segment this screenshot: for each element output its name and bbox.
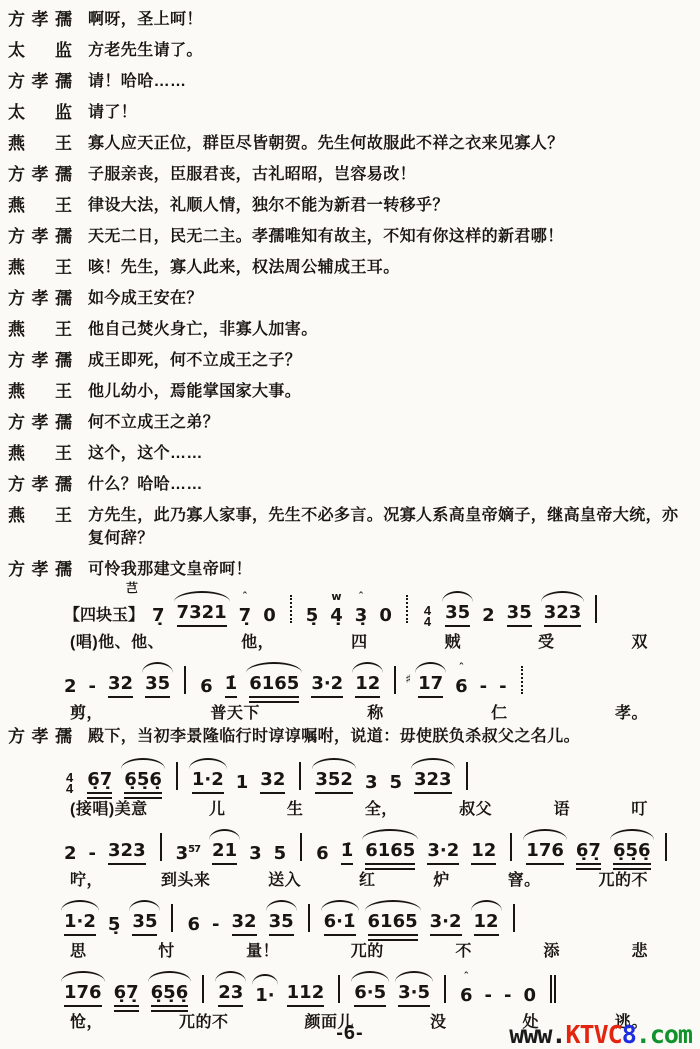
role-char: 孺 (55, 349, 72, 372)
watermark-part: 8 (622, 1020, 636, 1049)
role-char: 方 (8, 70, 25, 93)
lyric-syllable: 剪， (70, 700, 103, 723)
barline (394, 666, 396, 694)
note: 0 (379, 605, 392, 627)
note: 0 (263, 605, 276, 627)
dialogue-text: 何不立成王之弟？ (88, 411, 690, 434)
note: 6·5 (354, 982, 386, 1007)
note: 3·2 (311, 673, 343, 698)
role-char: 燕 (8, 132, 25, 155)
notation-row: 2-323357213561̇61653·2121766̣7̣6̣5̣6̣ (58, 829, 690, 865)
role-char: 孝 (32, 225, 49, 248)
note: 2 (482, 605, 495, 627)
note: 12 (474, 911, 499, 936)
barline (202, 975, 204, 1003)
dialogue-row: 方孝孺何不立成王之弟？ (8, 411, 690, 434)
note: 7321 (177, 602, 227, 627)
dialogue-text: 方老先生请了。 (88, 39, 690, 62)
role-char: 孝 (32, 725, 49, 748)
role-char: 孺 (55, 287, 72, 310)
qupai-label: 【四块玉】 (64, 605, 144, 627)
role-name: 太监 (8, 101, 72, 124)
role-name: 方孝孺 (8, 558, 72, 581)
role-char: 燕 (8, 380, 25, 403)
role-char: 太 (8, 39, 25, 62)
music-line: 2-323357213561̇61653·2121766̣7̣6̣5̣6̣咛，到… (8, 829, 690, 890)
dialogue-text: 子服亲丧，臣服君丧，古礼昭昭，岂容易改！ (88, 163, 690, 186)
lyric-syllable: (接唱)美意 (70, 796, 148, 819)
note: 12 (355, 673, 380, 698)
role-char: 王 (55, 132, 72, 155)
music-line: 2-323561̇61653·212♯176--剪，普天下称仁孝。 (8, 662, 690, 723)
role-char: 孺 (55, 225, 72, 248)
notation-row: 1·25̣356-32356·1̇61653·212 (58, 900, 690, 936)
role-char: 燕 (8, 442, 25, 465)
role-char: 孝 (32, 473, 49, 496)
page-number: -6- (336, 1022, 363, 1045)
role-char: 王 (55, 380, 72, 403)
note: 35 (145, 673, 170, 698)
note: 6 (460, 985, 473, 1007)
note: 1̇ (341, 840, 354, 865)
lyric-syllable: 没 (430, 1009, 447, 1032)
role-name: 燕王 (8, 442, 72, 465)
note: 5̣ (306, 605, 319, 627)
lyrics-row: 思忖量！兀的不添悲 (58, 936, 690, 961)
lyric-syllable: 忖 (158, 938, 175, 961)
note: 3 (365, 772, 378, 794)
role-char: 孝 (32, 163, 49, 186)
lyric-syllable: 兀的不 (598, 867, 648, 890)
dialogue-text: 方先生，此乃寡人家事，先生不必多言。况寡人系高皇帝嫡子，继高皇帝大统，亦复何辞？ (88, 504, 690, 550)
role-char: 孝 (32, 287, 49, 310)
role-char: 孺 (55, 411, 72, 434)
dialogue-row: 燕王他自己焚火身亡，非寡人加害。 (8, 318, 690, 341)
dialogue-text: 请！哈哈…… (88, 70, 690, 93)
role-char: 孝 (32, 411, 49, 434)
note: 4̣ (330, 605, 343, 627)
sharp-sign: ♯ (405, 668, 411, 690)
dialogue-row: 方孝孺啊呀，圣上呵！ (8, 8, 690, 31)
note: 35 (445, 602, 470, 627)
dialogue-row: 方孝孺天无二日，民无二主。孝孺唯知有故主，不知有你这样的新君哪！ (8, 225, 690, 248)
lyric-syllable: 称 (367, 700, 384, 723)
grace-notes: 57 (188, 844, 200, 855)
watermark: www.KTVC8.com (509, 1022, 692, 1047)
note: 17 (418, 673, 443, 698)
role-char: 方 (8, 558, 25, 581)
lyric-syllable: 兀的不 (179, 1009, 229, 1032)
role-name: 方孝孺 (8, 725, 72, 748)
barline (160, 833, 162, 861)
time-signature: 44 (66, 772, 73, 794)
role-name: 方孝孺 (8, 411, 72, 434)
lyrics-row: 剪，普天下称仁孝。 (58, 698, 690, 723)
lyric-syllable: 全， (365, 796, 398, 819)
lyric-syllable: 普天下 (210, 700, 260, 723)
barline (513, 904, 515, 932)
dialogue-text: 他儿幼小，焉能掌国家大事。 (88, 380, 690, 403)
note: 32 (108, 673, 133, 698)
role-char: 孺 (55, 8, 72, 31)
note: 6165 (368, 911, 418, 936)
role-char: 方 (8, 8, 25, 31)
role-char: 燕 (8, 194, 25, 217)
role-name: 燕王 (8, 256, 72, 279)
notation-row: 446̣7̣6̣5̣6̣1·213235235323 (58, 758, 690, 794)
note: 12 (471, 840, 496, 865)
barline (176, 762, 178, 790)
note: 176 (526, 840, 564, 865)
lyric-syllable: 不 (455, 938, 472, 961)
note: 6̣5̣6̣ (151, 982, 189, 1007)
note: 6165 (249, 673, 299, 698)
lyric-syllable: 红 (359, 867, 376, 890)
note: - (499, 676, 506, 698)
dialogue-text: 咳！先生，寡人此来，权法周公辅成王耳。 (88, 256, 690, 279)
note: - (89, 843, 96, 865)
barline (466, 762, 468, 790)
lyric-syllable: 到头来 (161, 867, 211, 890)
role-name: 方孝孺 (8, 349, 72, 372)
dialogue-row: 方孝孺殿下，当初李景隆临行时谆谆嘱咐，说道：毋使朕负杀叔父之名儿。 (8, 725, 690, 748)
note: 35 (132, 911, 157, 936)
role-char: 孺 (55, 70, 72, 93)
lyric-syllable: 窨。 (508, 867, 541, 890)
role-char: 孝 (32, 70, 49, 93)
role-char: 方 (8, 349, 25, 372)
notation-row: 1766̣7̣6̣5̣6̣231·1126·53·56--0 (58, 971, 690, 1007)
role-char: 太 (8, 101, 25, 124)
score-annotation: 芑 (126, 579, 138, 596)
role-name: 燕王 (8, 194, 72, 217)
lyric-syllable: 怆， (70, 1009, 103, 1032)
role-char: 方 (8, 725, 25, 748)
scanned-script-page: 方孝孺啊呀，圣上呵！太监方老先生请了。方孝孺请！哈哈……太监请了！燕王寡人应天正… (0, 0, 700, 1049)
dialogue-text: 这个，这个…… (88, 442, 690, 465)
note: 6̣7̣ (576, 840, 601, 865)
dashed-barline (406, 595, 408, 623)
dashed-barline (521, 666, 523, 694)
lyrics-row: (唱)他、他、他，四贼受双 (58, 627, 690, 652)
lyric-syllable: 双 (631, 629, 648, 652)
lyric-syllable: 语 (554, 796, 571, 819)
note: 0 (524, 985, 537, 1007)
lyric-syllable: 思 (70, 938, 87, 961)
barline (444, 975, 446, 1003)
note: 6165 (365, 840, 415, 865)
barline (595, 595, 597, 623)
dialogue-row: 方孝孺如今成王安在？ (8, 287, 690, 310)
barline (300, 833, 302, 861)
barline (510, 833, 512, 861)
lyric-syllable: 儿 (209, 796, 226, 819)
note: 2 (64, 843, 77, 865)
role-name: 燕王 (8, 504, 72, 550)
dialogue-row: 燕王咳！先生，寡人此来，权法周公辅成王耳。 (8, 256, 690, 279)
note: 23 (218, 982, 243, 1007)
note: 3·2 (430, 911, 462, 936)
role-char: 方 (8, 473, 25, 496)
music-line: 1·25̣356-32356·1̇61653·212思忖量！兀的不添悲 (8, 900, 690, 961)
role-char: 王 (55, 194, 72, 217)
lyric-syllable: 仁 (491, 700, 508, 723)
note: - (480, 676, 487, 698)
dialogue-row: 太监请了！ (8, 101, 690, 124)
lyrics-row: 咛，到头来送入红炉窨。兀的不 (58, 865, 690, 890)
note: 5 (274, 843, 287, 865)
dialogue-text: 啊呀，圣上呵！ (88, 8, 690, 31)
note: 6 (316, 843, 329, 865)
note: 35 (269, 911, 294, 936)
note: 1 (236, 772, 249, 794)
note: 323 (544, 602, 582, 627)
watermark-part: KTVC (566, 1020, 622, 1049)
note: 176 (64, 982, 102, 1007)
note: 35 (507, 602, 532, 627)
lyric-syllable: 受 (538, 629, 555, 652)
note: 6 (200, 676, 213, 698)
barline (184, 666, 186, 694)
role-char: 王 (55, 318, 72, 341)
note: 2 (64, 676, 77, 698)
dialogue-row: 方孝孺请！哈哈…… (8, 70, 690, 93)
dialogue-text: 寡人应天正位，群臣尽皆朝贺。先生何故服此不祥之衣来见寡人？ (88, 132, 690, 155)
note: 1· (255, 985, 274, 1007)
note: 352 (315, 769, 353, 794)
lyric-syllable: 悲 (631, 938, 648, 961)
role-char: 孝 (32, 8, 49, 31)
role-char: 燕 (8, 504, 25, 550)
note: 7̣ (152, 605, 165, 627)
barline (338, 975, 340, 1003)
dialogue-text: 成王即死，何不立成王之子？ (88, 349, 690, 372)
note: 357 (176, 839, 200, 865)
role-char: 燕 (8, 256, 25, 279)
dialogue-row: 燕王这个，这个…… (8, 442, 690, 465)
note: 1·2 (192, 769, 224, 794)
note: 1·2 (64, 911, 96, 936)
time-signature: 44 (424, 605, 431, 627)
time-signature-digit: 4 (424, 616, 431, 627)
dialogue-row: 燕王他儿幼小，焉能掌国家大事。 (8, 380, 690, 403)
lyric-syllable: 他， (241, 629, 274, 652)
note: 21 (212, 840, 237, 865)
lyric-syllable: 叮 (631, 796, 648, 819)
role-char: 王 (55, 504, 72, 550)
role-name: 方孝孺 (8, 287, 72, 310)
note: - (504, 985, 511, 1007)
note: 3·5 (398, 982, 430, 1007)
role-char: 方 (8, 225, 25, 248)
note: 6 (455, 676, 468, 698)
dialogue-row: 方孝孺可怜我那建文皇帝呵！ (8, 558, 690, 581)
role-name: 方孝孺 (8, 473, 72, 496)
dialogue-text: 殿下，当初李景隆临行时谆谆嘱咐，说道：毋使朕负杀叔父之名儿。 (88, 725, 690, 748)
role-char: 监 (55, 101, 72, 124)
role-char: 孝 (32, 558, 49, 581)
role-name: 方孝孺 (8, 163, 72, 186)
role-char: 方 (8, 411, 25, 434)
note: 7̣ (239, 605, 252, 627)
dialogue-text: 律设大法，礼顺人情，独尔不能为新君一转移乎？ (88, 194, 690, 217)
dashed-barline (290, 595, 292, 623)
lyric-syllable: 添 (543, 938, 560, 961)
note: 112 (287, 982, 325, 1007)
role-name: 方孝孺 (8, 8, 72, 31)
role-name: 太监 (8, 39, 72, 62)
role-name: 燕王 (8, 380, 72, 403)
lyric-syllable: 孝。 (615, 700, 648, 723)
time-signature-digit: 4 (66, 783, 73, 794)
lyric-syllable: 炉 (433, 867, 450, 890)
role-char: 方 (8, 163, 25, 186)
lyric-syllable: 咛， (70, 867, 103, 890)
role-char: 孺 (55, 725, 72, 748)
dialogue-row: 燕王方先生，此乃寡人家事，先生不必多言。况寡人系高皇帝嫡子，继高皇帝大统，亦复何… (8, 504, 690, 550)
music-line: 446̣7̣6̣5̣6̣1·213235235323(接唱)美意儿生全，叔父语叮 (8, 758, 690, 819)
dialogue-text: 天无二日，民无二主。孝孺唯知有故主，不知有你这样的新君哪！ (88, 225, 690, 248)
notation-row: 2-323561̇61653·212♯176-- (58, 662, 690, 698)
note: 5 (389, 772, 402, 794)
dialogue-text: 如今成王安在？ (88, 287, 690, 310)
script-content: 方孝孺啊呀，圣上呵！太监方老先生请了。方孝孺请！哈哈……太监请了！燕王寡人应天正… (8, 8, 690, 1032)
dialogue-text: 他自己焚火身亡，非寡人加害。 (88, 318, 690, 341)
lyrics-row: (接唱)美意儿生全，叔父语叮 (58, 794, 690, 819)
lyric-syllable: 生 (287, 796, 304, 819)
note: - (89, 676, 96, 698)
lyric-syllable: 兀的 (351, 938, 384, 961)
note: - (485, 985, 492, 1007)
role-char: 方 (8, 287, 25, 310)
lyric-syllable: 四 (351, 629, 368, 652)
role-char: 王 (55, 256, 72, 279)
role-char: 孺 (55, 558, 72, 581)
lyric-syllable: (唱)他、他、 (70, 629, 164, 652)
barline (665, 833, 667, 861)
note: 6·1̇ (324, 911, 356, 936)
lyric-syllable: 贼 (445, 629, 462, 652)
note: 32 (232, 911, 257, 936)
dialogue-row: 太监方老先生请了。 (8, 39, 690, 62)
note: 3 (249, 843, 262, 865)
barline (171, 904, 173, 932)
role-name: 方孝孺 (8, 70, 72, 93)
note: 32 (260, 769, 285, 794)
barline (299, 762, 301, 790)
note: 6 (187, 914, 200, 936)
note: 323 (414, 769, 452, 794)
dialogue-text: 可怜我那建文皇帝呵！ (88, 558, 690, 581)
lyric-syllable: 量！ (246, 938, 279, 961)
role-name: 燕王 (8, 132, 72, 155)
dialogue-text: 什么？哈哈…… (88, 473, 690, 496)
dialogue-row: 燕王寡人应天正位，群臣尽皆朝贺。先生何故服此不祥之衣来见寡人？ (8, 132, 690, 155)
role-name: 方孝孺 (8, 225, 72, 248)
watermark-part: .com (636, 1020, 692, 1049)
note: 1̇ (225, 673, 238, 698)
note: - (212, 914, 219, 936)
role-char: 孺 (55, 163, 72, 186)
dialogue-text: 请了！ (88, 101, 690, 124)
final-barline (550, 975, 552, 1003)
music-line: 芑【四块玉】7̣73217̣05̣4̣3̣04435235323(唱)他、他、他… (8, 591, 690, 652)
note: 3·2 (427, 840, 459, 865)
note: 323 (108, 840, 146, 865)
note: 6̣5̣6̣ (124, 769, 162, 794)
lyric-syllable: 叔父 (459, 796, 492, 819)
dialogue-row: 方孝孺成王即死，何不立成王之子？ (8, 349, 690, 372)
note: 3̣ (355, 605, 368, 627)
notation-row: 【四块玉】7̣73217̣05̣4̣3̣04435235323 (58, 591, 690, 627)
note: 5̣ (108, 914, 121, 936)
dialogue-row: 方孝孺子服亲丧，臣服君丧，古礼昭昭，岂容易改！ (8, 163, 690, 186)
lyric-syllable: 送入 (268, 867, 301, 890)
role-char: 孝 (32, 349, 49, 372)
role-name: 燕王 (8, 318, 72, 341)
dialogue-row: 燕王律设大法，礼顺人情，独尔不能为新君一转移乎？ (8, 194, 690, 217)
note: 6̣7̣ (114, 982, 139, 1007)
note: 6̣7̣ (87, 769, 112, 794)
role-char: 监 (55, 39, 72, 62)
role-char: 王 (55, 442, 72, 465)
dialogue-row: 方孝孺什么？哈哈…… (8, 473, 690, 496)
role-char: 孺 (55, 473, 72, 496)
barline (308, 904, 310, 932)
note: 6̣5̣6̣ (613, 840, 651, 865)
role-char: 燕 (8, 318, 25, 341)
watermark-part: www. (509, 1020, 565, 1049)
